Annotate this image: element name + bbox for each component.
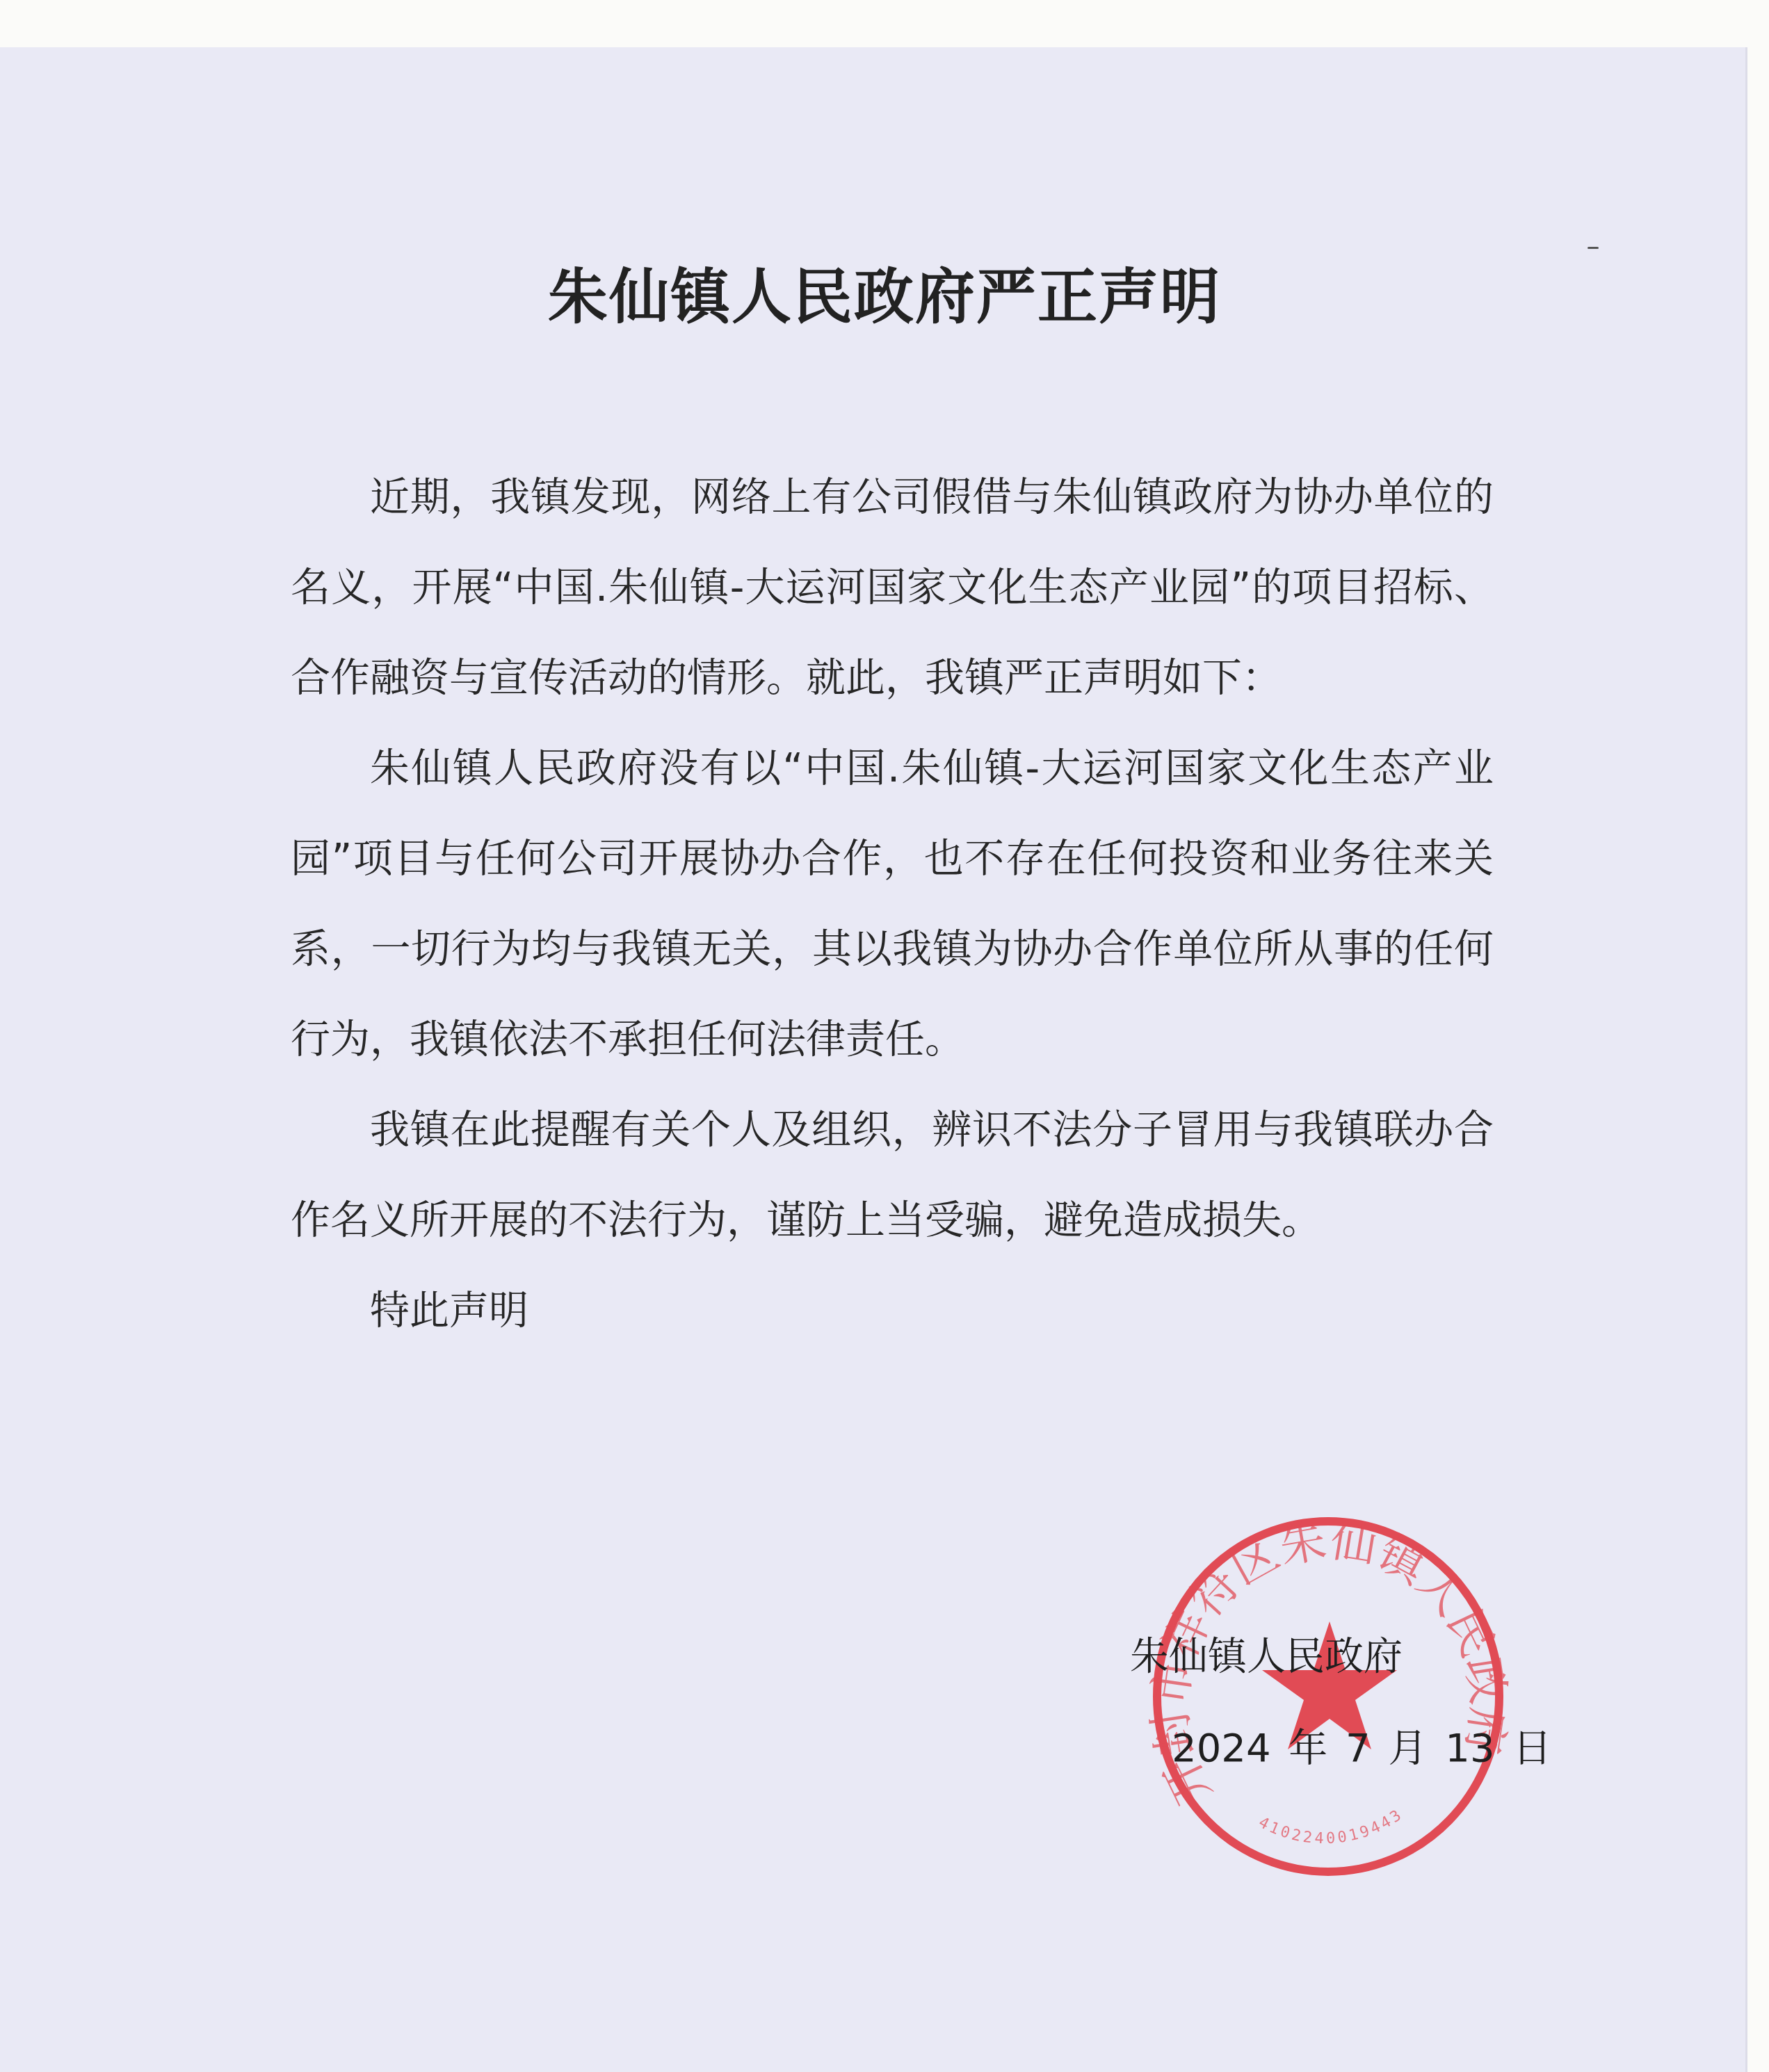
document-title: 朱仙镇人民政府严正声明	[0, 263, 1769, 332]
page-edge	[1745, 47, 1747, 2072]
official-seal-icon: 开封市祥符区朱仙镇人民政府 4102240019443	[1147, 1516, 1509, 1877]
paragraph-1: 近期，我镇发现，网络上有公司假借与朱仙镇政府为协办单位的名义，开展“中国.朱仙镇…	[291, 452, 1494, 723]
paragraph-2: 朱仙镇人民政府没有以“中国.朱仙镇-大运河国家文化生态产业园”项目与任何公司开展…	[291, 723, 1494, 1085]
signature-date: 2024 年 7 月 13 日	[1172, 1722, 1551, 1775]
svg-text:4102240019443: 4102240019443	[1256, 1806, 1407, 1848]
signature-organization: 朱仙镇人民政府	[1130, 1630, 1403, 1683]
seal-serial: 4102240019443	[1256, 1806, 1407, 1848]
paragraph-3: 我镇在此提醒有关个人及组织，辨识不法分子冒用与我镇联办合作名义所开展的不法行为，…	[291, 1085, 1494, 1265]
document-body: 近期，我镇发现，网络上有公司假借与朱仙镇政府为协办单位的名义，开展“中国.朱仙镇…	[291, 452, 1494, 1356]
closing-statement: 特此声明	[291, 1265, 1494, 1356]
scan-speck	[1588, 247, 1599, 249]
